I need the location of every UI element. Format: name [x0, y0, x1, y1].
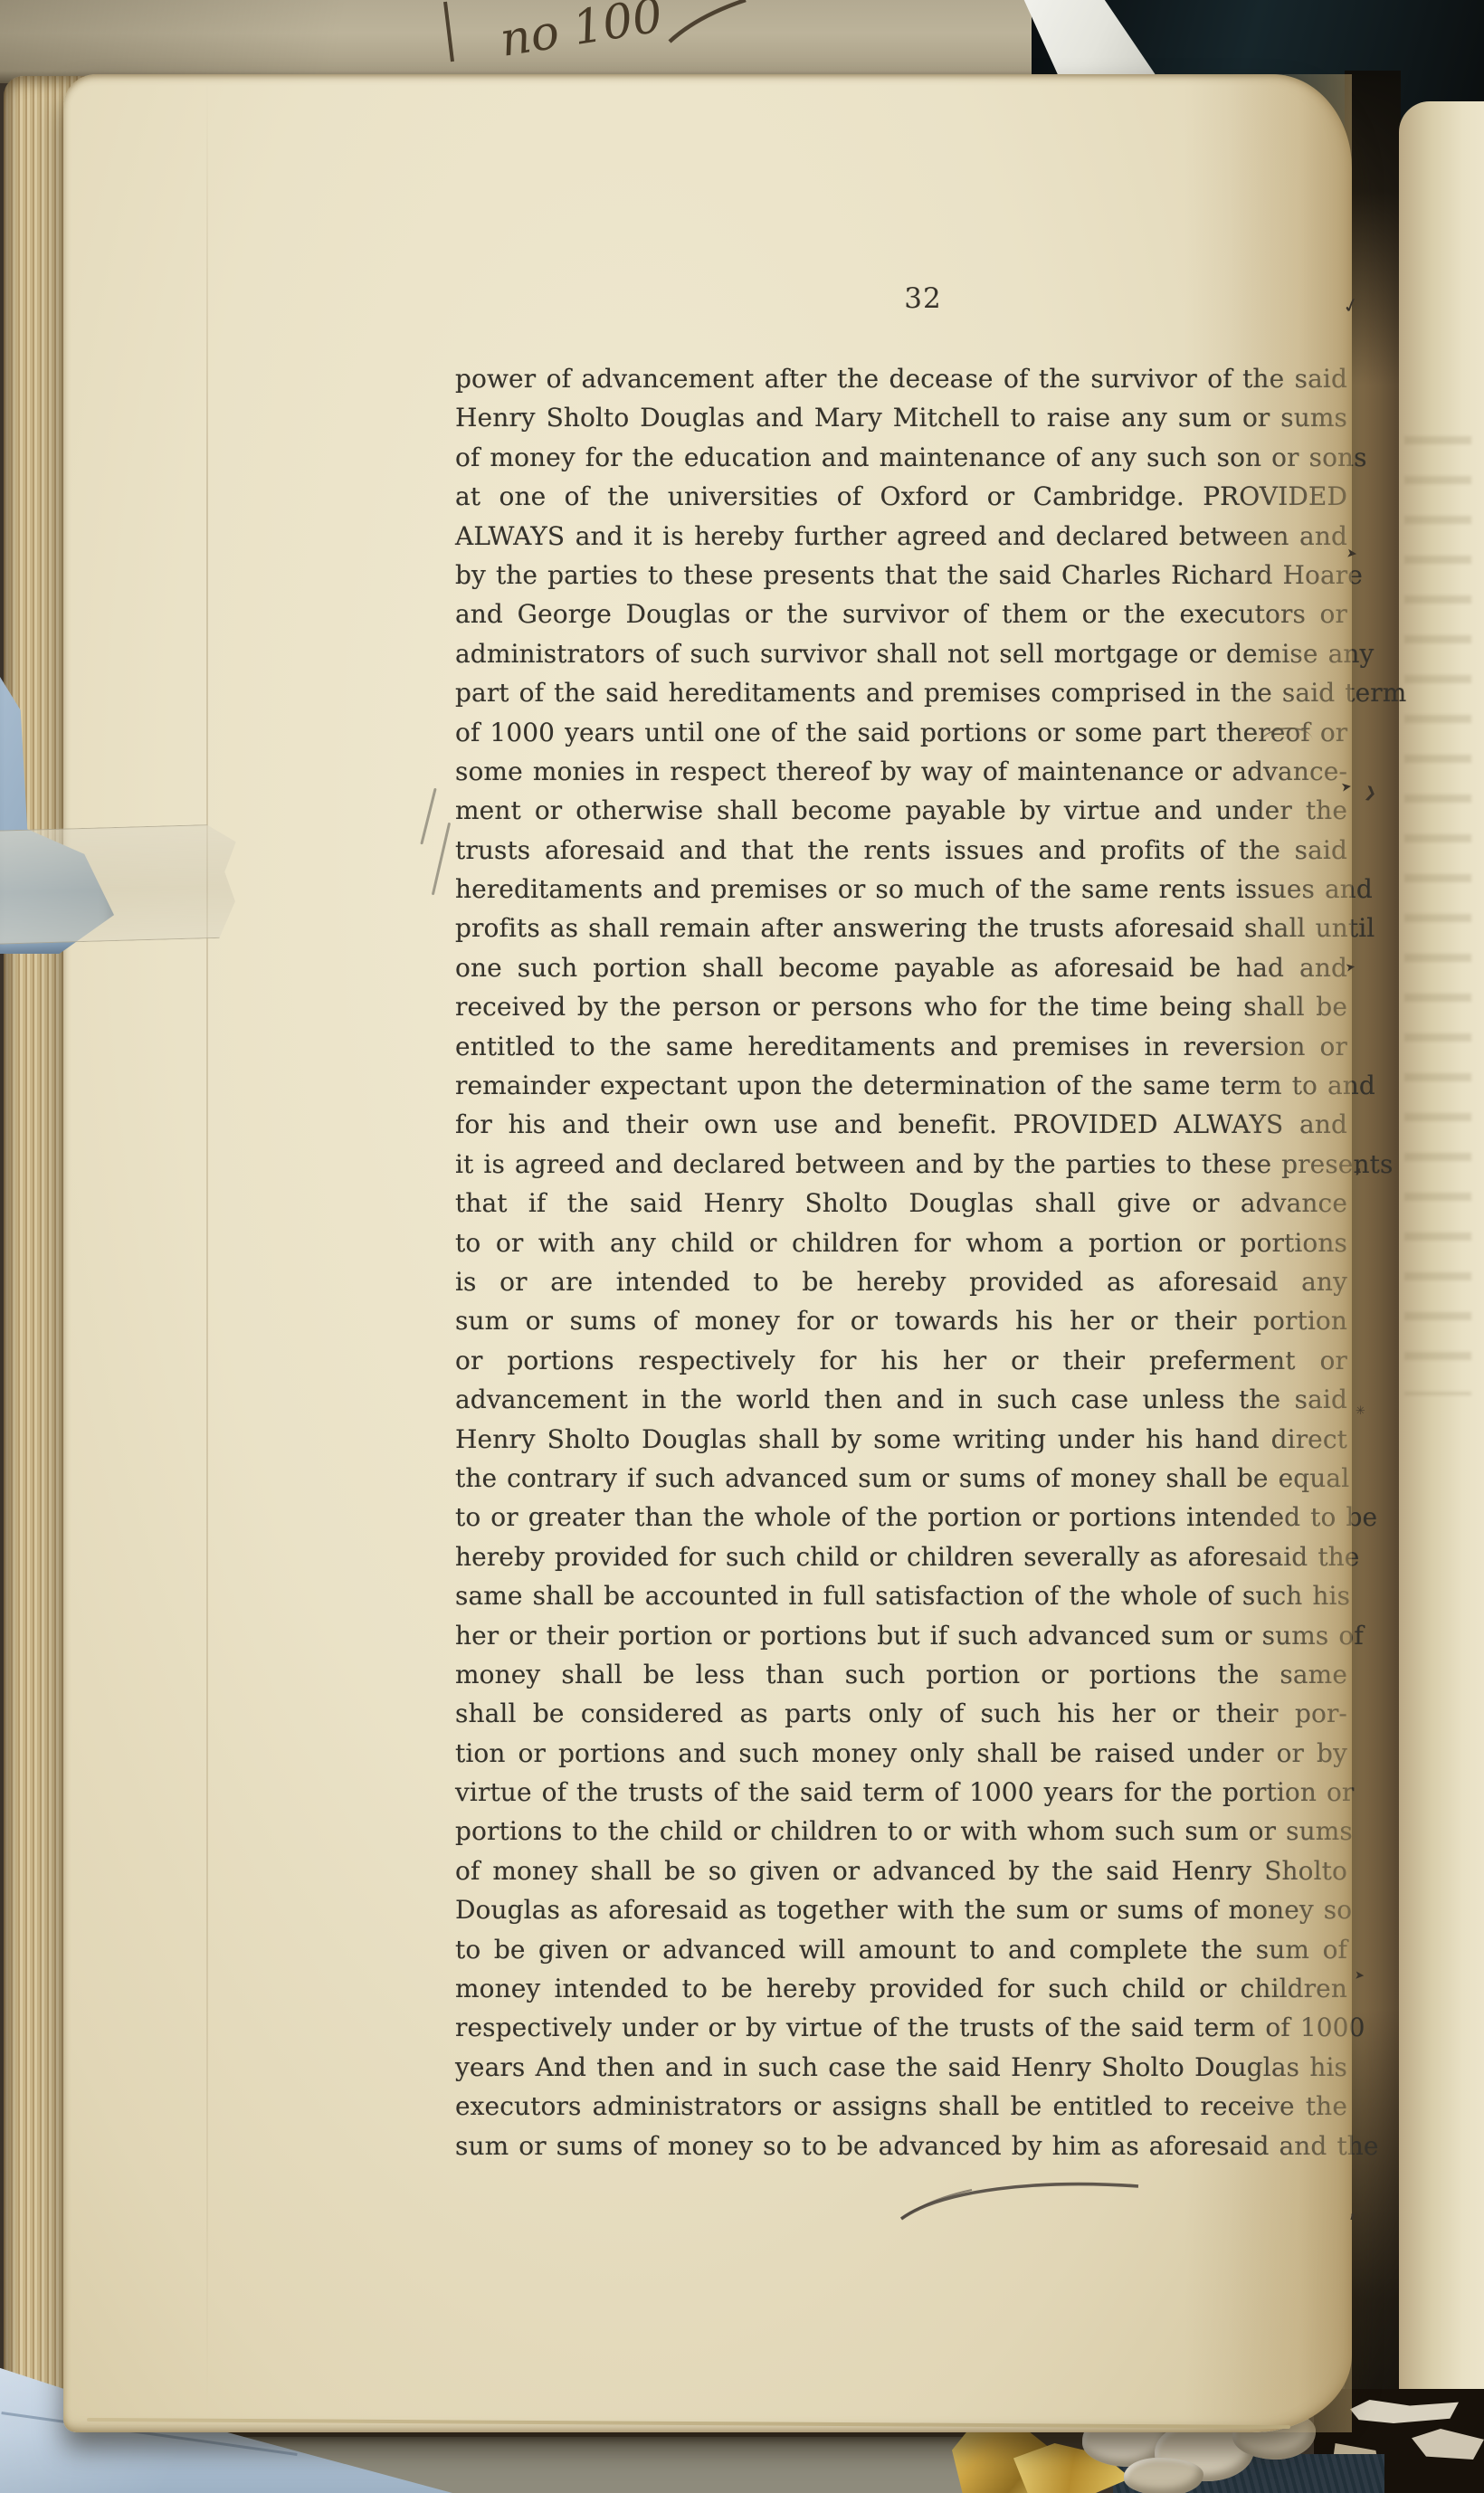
text-line: to or with any child or children for who… — [455, 1223, 1347, 1262]
text-line: or portions respectively for his her or … — [455, 1341, 1347, 1380]
text-block: power of advancement after the decease o… — [455, 359, 1347, 2165]
text-line: money shall be less than such portion or… — [455, 1655, 1347, 1694]
edge-tick-mark: ‚ — [1354, 1147, 1363, 1179]
text-line: to or greater than the whole of the port… — [455, 1498, 1347, 1537]
text-line: that if the said Henry Sholto Douglas sh… — [455, 1184, 1347, 1223]
text-line: profits as shall remain after answering … — [455, 909, 1347, 947]
edge-tick-mark: ✳ — [1356, 1404, 1365, 1418]
text-line: some monies in respect thereof by way of… — [455, 752, 1347, 791]
text-line: same shall be accounted in full satisfac… — [455, 1576, 1347, 1615]
book-page: 32 power of advancement after the deceas… — [63, 74, 1352, 2432]
text-line: one such portion shall become payable as… — [455, 948, 1347, 987]
text-line: entitled to the same hereditaments and p… — [455, 1027, 1347, 1066]
text-line: portions to the child or children to or … — [455, 1812, 1347, 1851]
edge-tick-mark: ➤ — [1354, 1969, 1365, 1984]
text-line: years And then and in such case the said… — [455, 2048, 1347, 2087]
text-line: part of the said hereditaments and premi… — [455, 673, 1347, 712]
text-line: hereby provided for such child or childr… — [455, 1537, 1347, 1576]
pencil-margin-mark — [432, 823, 451, 895]
text-line: administrators of such survivor shall no… — [455, 634, 1347, 673]
page-crease — [206, 80, 208, 2418]
page-number: 32 — [878, 282, 968, 315]
pencil-margin-mark — [420, 788, 436, 845]
text-line: remainder expectant upon the determinati… — [455, 1066, 1347, 1105]
text-line: it is agreed and declared between and by… — [455, 1145, 1347, 1184]
text-line: by the parties to these presents that th… — [455, 556, 1347, 595]
text-line: of money for the education and maintenan… — [455, 438, 1347, 477]
text-line: the contrary if such advanced sum or sum… — [455, 1459, 1347, 1498]
pen-flourish — [894, 2172, 1211, 2226]
text-line: ALWAYS and it is hereby further agreed a… — [455, 517, 1347, 556]
text-line: hereditaments and premises or so much of… — [455, 870, 1347, 909]
text-line: advancement in the world then and in suc… — [455, 1380, 1347, 1419]
text-line: trusts aforesaid and that the rents issu… — [455, 831, 1347, 870]
handwriting-text: no 100 — [497, 0, 667, 68]
text-line: of 1000 years until one of the said port… — [455, 713, 1347, 752]
text-line: sum or sums of money for or towards his … — [455, 1301, 1347, 1340]
text-line: respectively under or by virtue of the t… — [455, 2008, 1347, 2047]
text-line: her or their portion or portions but if … — [455, 1616, 1347, 1655]
edge-tick-mark: ➤ — [1346, 546, 1357, 561]
book-scan-photo: no 100 32 power of advancement after the… — [0, 0, 1484, 2493]
edge-tick-mark: ➤ — [1345, 960, 1356, 975]
edge-tick-mark: ➤ — [1340, 779, 1353, 795]
text-line: money intended to be hereby provided for… — [455, 1969, 1347, 2008]
text-line: sum or sums of money so to be advanced b… — [455, 2127, 1347, 2165]
text-line: Henry Sholto Douglas shall by some writi… — [455, 1420, 1347, 1459]
text-line: virtue of the trusts of the said term of… — [455, 1773, 1347, 1812]
crumpled-paper — [1124, 2458, 1203, 2493]
text-line: and George Douglas or the survivor of th… — [455, 595, 1347, 633]
text-line: of money shall be so given or advanced b… — [455, 1851, 1347, 1890]
text-line: power of advancement after the decease o… — [455, 359, 1347, 398]
page-curl-shadow — [1231, 74, 1352, 2432]
text-line: at one of the universities of Oxford or … — [455, 477, 1347, 516]
text-line: to be given or advanced will amount to a… — [455, 1930, 1347, 1969]
text-line: is or are intended to be hereby provided… — [455, 1262, 1347, 1301]
show-through-text — [1404, 436, 1471, 1395]
text-line: ment or otherwise shall become payable b… — [455, 791, 1347, 830]
text-line: executors administrators or assigns shal… — [455, 2087, 1347, 2126]
text-line: tion or portions and such money only sha… — [455, 1734, 1347, 1773]
page-gap-shadow — [1345, 71, 1401, 2493]
adjacent-page-edge — [1399, 101, 1484, 2401]
text-line: received by the person or persons who fo… — [455, 987, 1347, 1026]
adhesive-tape — [0, 823, 239, 944]
text-line: for his and their own use and benefit. P… — [455, 1105, 1347, 1144]
edge-tick-mark: ‚ — [1348, 2193, 1356, 2223]
text-line: Henry Sholto Douglas and Mary Mitchell t… — [455, 398, 1347, 437]
text-line: shall be considered as parts only of suc… — [455, 1694, 1347, 1733]
text-line: Douglas as aforesaid as together with th… — [455, 1890, 1347, 1929]
